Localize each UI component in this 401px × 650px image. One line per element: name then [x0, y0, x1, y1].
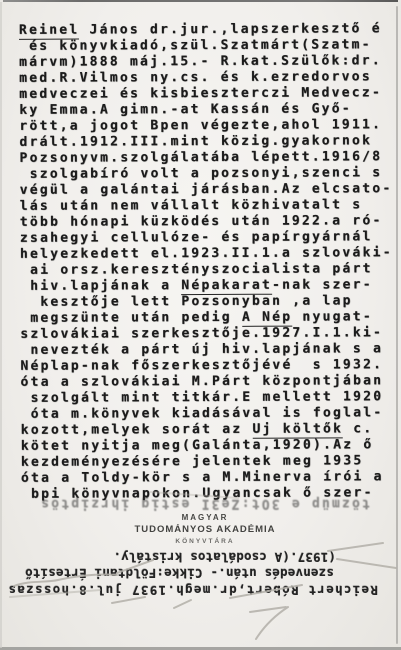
- academy-library-stamp: MAGYAR TUDOMÁNYOS AKADÉMIA KÖNYVTÁRA: [110, 513, 300, 545]
- typed-line: Néplap-nak főszerkesztőjévé s 1932.: [20, 357, 392, 375]
- typed-line: ai orsz.keresztényszocialista párt: [20, 261, 392, 279]
- typed-line: hiv.lapjának a Népakarat-nak szer-: [20, 277, 392, 295]
- typed-line: szolgabíró volt a pozsonyi,szenci s: [20, 165, 392, 183]
- scan-edge-top: [3, 0, 398, 2]
- typed-line: kezdeményezésére jelentek meg 1935: [21, 453, 393, 471]
- scan-edge-right: [396, 6, 398, 644]
- typewritten-biography-text: Reinel János dr.jur.,lapszerkesztő é és …: [19, 21, 393, 503]
- inverted-faint-overlap-line: tözmüp e 3Ot:Ze3I estig ihrziptös: [45, 496, 370, 511]
- typed-line: szolgált mint titkár.E mellett 1920: [21, 389, 393, 407]
- typed-line: márvm)1888 máj.15.- R.kat.Szülők:dr.: [19, 53, 391, 71]
- typed-line: medveczei és kisbieszterczi Medvecz-: [19, 85, 391, 103]
- typed-line: több hónapi küzködés után 1922.a ró-: [20, 213, 392, 231]
- typed-line: óta a Toldy-kör s a M.Minerva írói a: [21, 469, 393, 487]
- stamp-line-magyar: MAGYAR: [110, 513, 300, 522]
- typed-line: kötet nyitja meg(Galánta,1920).Az ő: [21, 437, 393, 455]
- typed-line: med.R.Vilmos ny.cs. és k.ezredorvos: [19, 69, 391, 87]
- typed-line: megszünte után pedig A Nép nyugat-: [20, 309, 392, 327]
- inverted-note-line-szenvedes: szenvedés után.- Cikke:Földtani Értesítő: [26, 566, 334, 581]
- typed-line: végül a galántai járásban.Az elcsato-: [20, 181, 392, 199]
- typed-line: kozott,melyek sorát az Uj költők c.: [21, 421, 393, 439]
- stamp-line-konyvtara: KÖNYVTÁRA: [110, 538, 300, 545]
- typed-line: kesztője lett Pozsonyban ,a lap: [20, 293, 392, 311]
- typed-line: rött,a jogot Bpen végezte,ahol 1911.: [19, 117, 391, 135]
- typed-line: Pozsonyvm.szolgálatába lépett.1916/8: [20, 149, 392, 167]
- typed-line: lás után nem vállalt közhivatalt s: [20, 197, 392, 215]
- underlined-word: Népakarat: [181, 278, 272, 295]
- typed-line: ky Emma.A gimn.-at Kassán és Győ-: [19, 101, 391, 119]
- typed-line: óta m.könyvek kiadásával is foglal-: [21, 405, 393, 423]
- inverted-note-line-reichert: Reichert Róbert,dr.megh.1937 jul.8.hossz…: [6, 583, 378, 598]
- typed-line: zsahegyi cellulóze- és papírgyárnál: [20, 229, 392, 247]
- scanned-card-paper: Reinel János dr.jur.,lapszerkesztő é és …: [0, 0, 401, 650]
- typed-line: nevezték a párt új hiv.lapjának s a: [20, 341, 392, 359]
- underlined-word: Reinel: [19, 23, 80, 40]
- underlined-word: A Nép: [242, 310, 292, 327]
- inverted-note-line-kristaly: (1937.(A csodálatos kristály.: [112, 550, 336, 565]
- typed-line: óta a szlovákiai M.Párt központjában: [20, 373, 392, 391]
- typed-line: helyezkedett el.1923.II.1.a szlováki-: [20, 245, 392, 263]
- typed-line: szlovákiai szerkesztője.1927.I.1.ki-: [20, 325, 392, 343]
- typed-line: Reinel János dr.jur.,lapszerkesztő é: [19, 21, 391, 39]
- typed-line: drált.1912.III.mint közig.gyakornok: [19, 133, 391, 151]
- stamp-line-akademia: TUDOMÁNYOS AKADÉMIA: [110, 524, 300, 535]
- scan-edge-left: [0, 2, 2, 648]
- typed-line: és könyvkiadó,szül.Szatmárt(Szatm-: [19, 37, 391, 55]
- underlined-word: Uj költők: [252, 421, 343, 438]
